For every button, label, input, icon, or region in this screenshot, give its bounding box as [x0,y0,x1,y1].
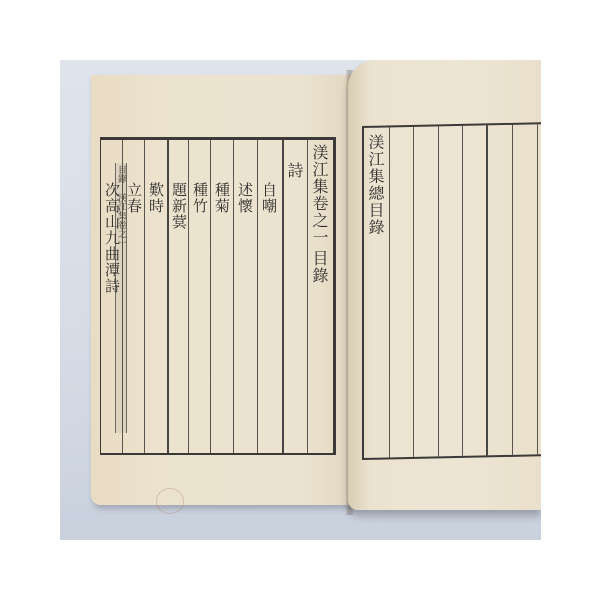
column-rule [167,140,169,453]
column-rule [144,140,145,453]
column-rule [282,140,284,453]
right-page: 渼江集總目錄 [348,60,541,510]
toc-entry: 立春 [126,182,141,214]
toc-entry: 歎時 [148,182,163,214]
right-page-frame: 渼江集總目錄 [362,122,541,460]
column-rule [537,124,538,454]
toc-entry: 自嘲 [261,182,276,214]
column-rule [233,140,234,453]
section-label: 目錄 [311,250,327,284]
left-page-frame: 渼江集卷之一 目錄 詩 自嘲 述懷 種菊 種竹 題新蓂 歎時 立春 次高山九曲潭… [100,137,336,455]
column-rule [462,126,463,456]
column-rule [486,125,488,455]
book-title: 渼江集總目錄 [367,134,383,236]
column-rule [413,127,414,457]
category-label: 詩 [286,162,302,179]
column-rule [210,140,211,453]
toc-entry: 題新蓂 [171,182,186,230]
column-rule [122,140,123,453]
toc-entry: 次高山九曲潭詩 [104,182,119,294]
column-rule [438,126,439,456]
column-rule [188,140,189,453]
column-rule [257,140,258,453]
column-rule [389,127,390,457]
volume-title: 渼江集卷之一 [311,144,327,246]
water-stain [156,488,184,514]
column-rule [307,140,308,453]
column-rule [512,125,513,455]
toc-entry: 種菊 [214,182,229,214]
left-page: 目錄 渼江集卷之一 渼江集卷之一 目錄 詩 自嘲 述懷 種菊 種竹 題新蓂 歎時… [91,75,356,505]
toc-entry: 述懷 [237,182,252,214]
book-photo: 目錄 渼江集卷之一 渼江集卷之一 目錄 詩 自嘲 述懷 種菊 種竹 題新蓂 歎時… [60,60,541,540]
toc-entry: 種竹 [192,182,207,214]
